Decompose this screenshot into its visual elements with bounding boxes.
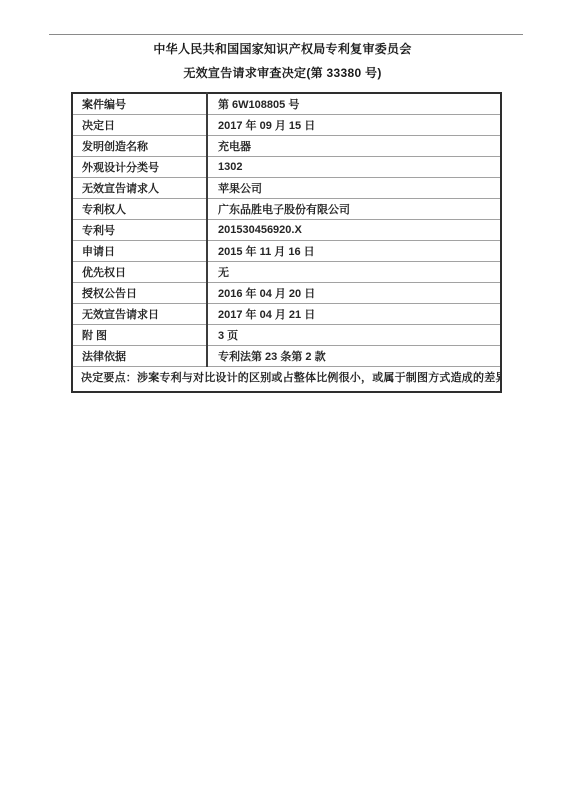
- decision-summary-label: 决定要点：: [81, 372, 137, 384]
- row-label: 专利权人: [72, 198, 207, 219]
- table-row-priority-date: 优先权日 无: [72, 261, 501, 282]
- row-value: 广东品胜电子股份有限公司: [207, 198, 501, 219]
- row-value: 第 6W108805 号: [207, 93, 501, 114]
- row-label: 无效宣告请求人: [72, 177, 207, 198]
- table-row-design-class: 外观设计分类号 1302: [72, 156, 501, 177]
- decision-summary-text: 涉案专利与对比设计的区别或占整体比例很小，或属于制图方式造成的差异，相比整体造型…: [137, 372, 501, 384]
- decision-table-body: 案件编号 第 6W108805 号 决定日 2017 年 09 月 15 日 发…: [72, 93, 501, 392]
- header-rule: [49, 34, 523, 35]
- row-label: 无效宣告请求日: [72, 303, 207, 324]
- table-row-filing-date: 申请日 2015 年 11 月 16 日: [72, 240, 501, 261]
- row-value: 1302: [207, 156, 501, 177]
- table-row-case-number: 案件编号 第 6W108805 号: [72, 93, 501, 114]
- row-value: 专利法第 23 条第 2 款: [207, 345, 501, 366]
- decision-document-title: 无效宣告请求审查决定(第 33380 号): [0, 64, 565, 81]
- row-value: 2016 年 04 月 20 日: [207, 282, 501, 303]
- table-row-grant-date: 授权公告日 2016 年 04 月 20 日: [72, 282, 501, 303]
- decision-summary-cell: 决定要点：涉案专利与对比设计的区别或占整体比例很小，或属于制图方式造成的差异，相…: [72, 366, 501, 392]
- row-value: 3 页: [207, 324, 501, 345]
- table-row-petitioner: 无效宣告请求人 苹果公司: [72, 177, 501, 198]
- table-row-patentee: 专利权人 广东品胜电子股份有限公司: [72, 198, 501, 219]
- row-label: 发明创造名称: [72, 135, 207, 156]
- row-label: 决定日: [72, 114, 207, 135]
- row-label: 外观设计分类号: [72, 156, 207, 177]
- row-label: 法律依据: [72, 345, 207, 366]
- decision-info-table: 案件编号 第 6W108805 号 决定日 2017 年 09 月 15 日 发…: [71, 92, 502, 393]
- row-value: 无: [207, 261, 501, 282]
- row-value: 2017 年 04 月 21 日: [207, 303, 501, 324]
- row-label: 申请日: [72, 240, 207, 261]
- issuing-organization-title: 中华人民共和国国家知识产权局专利复审委员会: [0, 40, 565, 57]
- row-value: 2015 年 11 月 16 日: [207, 240, 501, 261]
- table-row-figures: 附 图 3 页: [72, 324, 501, 345]
- row-value: 2017 年 09 月 15 日: [207, 114, 501, 135]
- row-value: 201530456920.X: [207, 219, 501, 240]
- row-label: 附 图: [72, 324, 207, 345]
- row-value: 苹果公司: [207, 177, 501, 198]
- table-row-legal-basis: 法律依据 专利法第 23 条第 2 款: [72, 345, 501, 366]
- table-row-decision-date: 决定日 2017 年 09 月 15 日: [72, 114, 501, 135]
- table-row-request-date: 无效宣告请求日 2017 年 04 月 21 日: [72, 303, 501, 324]
- row-label: 授权公告日: [72, 282, 207, 303]
- table-row-patent-number: 专利号 201530456920.X: [72, 219, 501, 240]
- table-row-invention-name: 发明创造名称 充电器: [72, 135, 501, 156]
- row-label: 专利号: [72, 219, 207, 240]
- document-page: 中华人民共和国国家知识产权局专利复审委员会 无效宣告请求审查决定(第 33380…: [0, 0, 565, 800]
- row-label: 优先权日: [72, 261, 207, 282]
- row-value: 充电器: [207, 135, 501, 156]
- row-label: 案件编号: [72, 93, 207, 114]
- table-row-decision-summary: 决定要点：涉案专利与对比设计的区别或占整体比例很小，或属于制图方式造成的差异，相…: [72, 366, 501, 392]
